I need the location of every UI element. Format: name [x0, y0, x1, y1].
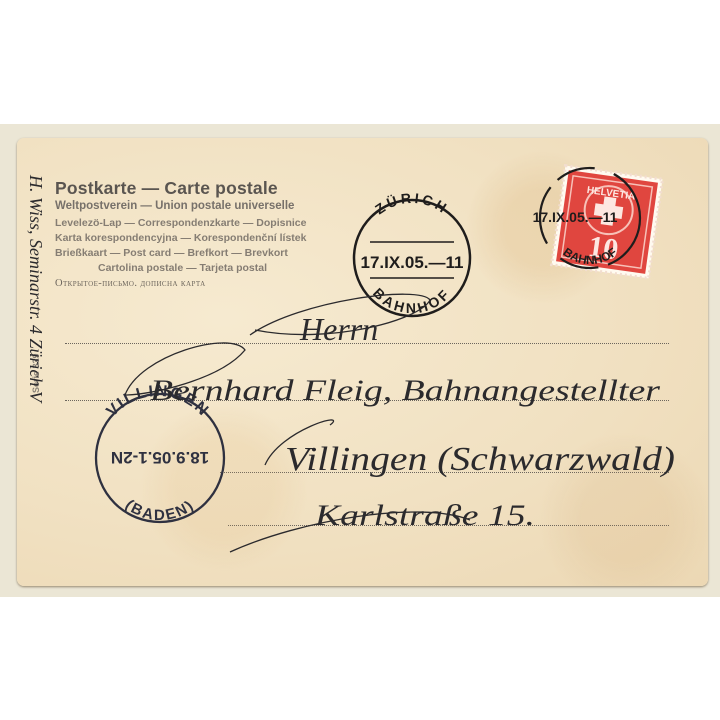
- address-city: Villingen (Schwarzwald): [285, 441, 675, 478]
- postcard-overlay: H. Wiss, Seminarstr. 4 Zürich V HELVETIA…: [0, 0, 720, 720]
- svg-text:(BADEN): (BADEN): [122, 496, 198, 524]
- address-salutation: Herrn: [299, 311, 378, 347]
- svg-text:ZÜRICH: ZÜRICH: [372, 190, 452, 218]
- sender-note: H. Wiss, Seminarstr. 4 Zürich V: [26, 174, 46, 404]
- postmark-date: 17.IX.05.—11: [360, 253, 463, 272]
- address-name: Bernhard Fleig, Bahnangestellter: [150, 374, 660, 407]
- svg-text:BAHNHOF: BAHNHOF: [370, 285, 454, 316]
- address-street: Karlstraße 15.: [314, 499, 535, 532]
- postmark-top-text: (BADEN): [122, 496, 198, 524]
- postmark-date: 18.9.05.1-2N: [111, 448, 209, 467]
- postmark-bottom-text: BAHNHOF: [370, 285, 454, 316]
- sender-note-text: H. Wiss, Seminarstr. 4 Zürich V: [26, 174, 46, 404]
- zurich-postmark: ZÜRICH 17.IX.05.—11 BAHNHOF: [354, 190, 470, 316]
- postmark-top-text: ZÜRICH: [372, 190, 452, 218]
- stamp-cancel-date: 17.IX.05.—11: [533, 209, 618, 225]
- address-block: Herrn Bernhard Fleig, Bahnangestellter V…: [125, 294, 675, 552]
